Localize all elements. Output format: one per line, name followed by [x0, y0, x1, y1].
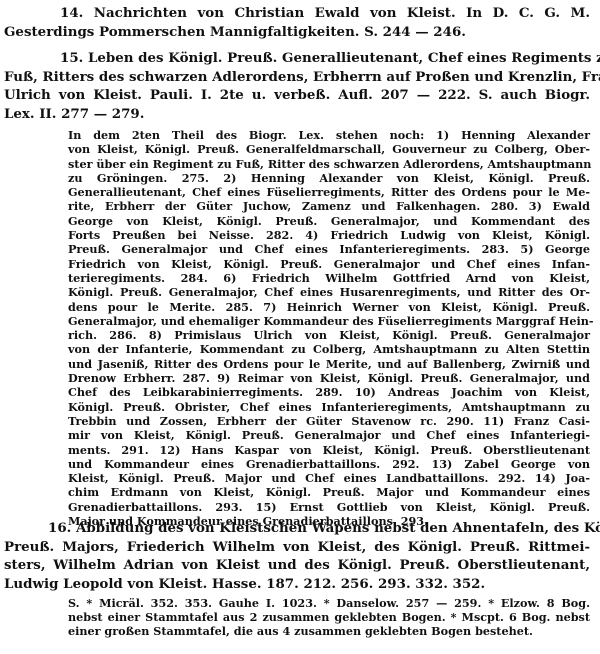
- note-line: von Kleist, Königl. Preuß. Generalfeldma…: [68, 142, 590, 156]
- note-line: chim Erdmann von Kleist, Königl. Preuß. …: [68, 485, 590, 499]
- note-line: Preuß. Generalmajor und Chef eines Infan…: [68, 242, 590, 256]
- note-line: Generallieutenant, Chef eines Füselierre…: [68, 185, 590, 199]
- note-line: und Kommandeur eines Grenadierbattaillon…: [68, 457, 590, 471]
- note-line: Königl. Preuß. Generalmajor, Chef eines …: [68, 285, 590, 299]
- note-line: ments. 291. 12) Hans Kaspar von Kleist, …: [68, 443, 590, 457]
- text-line: 15. Leben des Königl. Preuß. Generallieu…: [4, 49, 590, 68]
- note-line: ster über ein Regiment zu Fuß, Ritter de…: [68, 157, 590, 171]
- note-line: von der Infanterie, Kommendant zu Colber…: [68, 342, 590, 356]
- note-line: einer großen Stammtafel, die aus 4 zusam…: [68, 625, 590, 639]
- note-line: In dem 2ten Theil des Biogr. Lex. stehen…: [68, 128, 590, 142]
- note-line: rich. 286. 8) Primislaus Ulrich von Klei…: [68, 328, 590, 342]
- note-line: nebst einer Stammtafel aus 2 zusammen ge…: [68, 611, 590, 625]
- text-line: Fuß, Ritters des schwarzen Adlerordens, …: [4, 68, 590, 87]
- text-line: Ulrich von Kleist. Pauli. I. 2te u. verb…: [4, 86, 590, 105]
- note-line: mir von Kleist, Königl. Preuß. Generalma…: [68, 428, 590, 442]
- text-line: 16. Abbildung des von Kleistschen Wapens…: [4, 519, 590, 538]
- note-line: Chef des Leibkarabinierregiments. 289. 1…: [68, 385, 590, 399]
- entry-16-sources: S. * Micräl. 352. 353. Gauhe I. 1023. * …: [68, 597, 590, 638]
- text-line: 14. Nachrichten von Christian Ewald von …: [4, 4, 590, 23]
- note-line: zu Gröningen. 275. 2) Henning Alexander …: [68, 171, 590, 185]
- entry-14: 14. Nachrichten von Christian Ewald von …: [4, 4, 590, 41]
- text-line: Lex. II. 277 — 279.: [4, 105, 590, 124]
- note-line: rite, Erbherr der Güter Juchow, Zamenz u…: [68, 199, 590, 213]
- note-line: Königl. Preuß. Obrister, Chef eines Infa…: [68, 400, 590, 414]
- note-line: Friedrich von Kleist, Königl. Preuß. Gen…: [68, 257, 590, 271]
- note-line: George von Kleist, Königl. Preuß. Genera…: [68, 214, 590, 228]
- note-line: terieregiments. 284. 6) Friedrich Wilhel…: [68, 271, 590, 285]
- text-line: Gesterdings Pommerschen Mannigfaltigkeit…: [4, 23, 590, 42]
- note-line: dens pour le Merite. 285. 7) Heinrich We…: [68, 300, 590, 314]
- note-line: Forts Preußen bei Neisse. 282. 4) Friedr…: [68, 228, 590, 242]
- text-line: Ludwig Leopold von Kleist. Hasse. 187. 2…: [4, 575, 590, 594]
- entry-15-note: In dem 2ten Theil des Biogr. Lex. stehen…: [68, 128, 590, 528]
- note-line: Drenow Erbherr. 287. 9) Reimar von Kleis…: [68, 371, 590, 385]
- note-line: S. * Micräl. 352. 353. Gauhe I. 1023. * …: [68, 597, 590, 611]
- note-line: und Jaseniß, Ritter des Ordens pour le M…: [68, 357, 590, 371]
- entry-16: 16. Abbildung des von Kleistschen Wapens…: [4, 519, 590, 593]
- note-line: Generalmajor, und ehemaliger Kommandeur …: [68, 314, 590, 328]
- note-line: Grenadierbattaillons. 293. 15) Ernst Got…: [68, 500, 590, 514]
- entry-15: 15. Leben des Königl. Preuß. Generallieu…: [4, 49, 590, 123]
- text-line: Preuß. Majors, Friederich Wilhelm von Kl…: [4, 538, 590, 557]
- note-line: Kleist, Königl. Preuß. Major und Chef ei…: [68, 471, 590, 485]
- note-line: Trebbin und Zossen, Erbherr der Güter St…: [68, 414, 590, 428]
- scanned-page: 14. Nachrichten von Christian Ewald von …: [0, 0, 600, 654]
- text-line: sters, Wilhelm Adrian von Kleist und des…: [4, 556, 590, 575]
